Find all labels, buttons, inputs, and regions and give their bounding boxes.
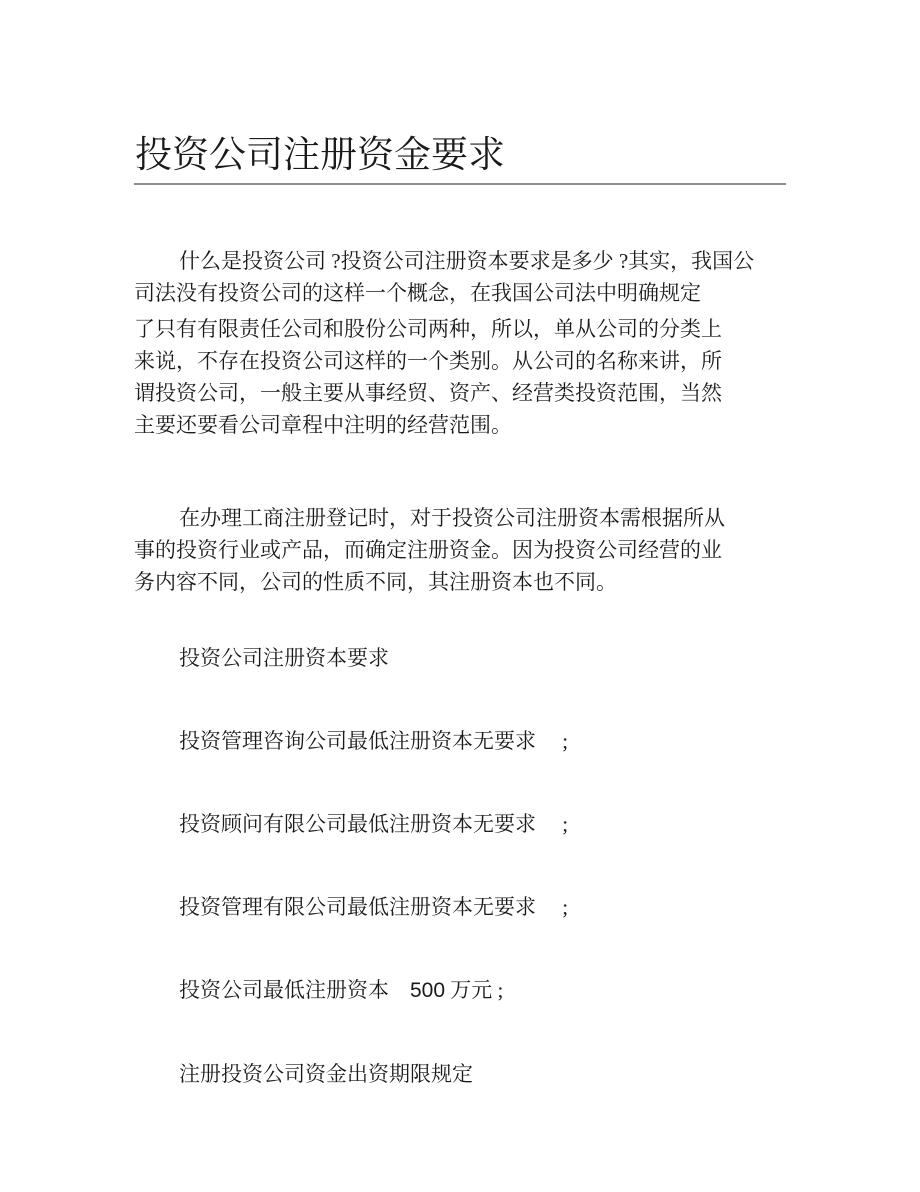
- document-page: 投资公司注册资金要求 什么是投资公司 ?投资公司注册资本要求是多少 ?其实，我国…: [0, 0, 920, 1192]
- paragraph-company-types: 了只有有限责任公司和股份公司两种，所以，单从公司的分类上 来说，不存在投资公司这…: [134, 313, 786, 441]
- minimum-capital-suffix: 万元 ;: [445, 978, 503, 1002]
- list-item-management-company: 投资管理有限公司最低注册资本无要求 ;: [134, 891, 786, 923]
- paragraph-intro: 什么是投资公司 ?投资公司注册资本要求是多少 ?其实，我国公 司法没有投资公司的…: [134, 245, 786, 309]
- list-item-advisor-company: 投资顾问有限公司最低注册资本无要求 ;: [134, 808, 786, 840]
- list-item-consulting-company: 投资管理咨询公司最低注册资本无要求 ;: [134, 725, 786, 757]
- page-title: 投资公司注册资金要求: [135, 134, 786, 178]
- list-item-minimum-capital: 投资公司最低注册资本 500 万元 ;: [134, 974, 786, 1007]
- document-content: 投资公司注册资金要求 什么是投资公司 ?投资公司注册资本要求是多少 ?其实，我国…: [134, 0, 786, 1090]
- paragraph-registration: 在办理工商注册登记时，对于投资公司注册资本需根据所从 事的投资行业或产品，而确定…: [134, 502, 786, 598]
- minimum-capital-prefix: 投资公司最低注册资本: [179, 978, 410, 1002]
- section-heading-capital-requirements: 投资公司注册资本要求: [134, 642, 786, 674]
- section-heading-deadline: 注册投资公司资金出资期限规定: [134, 1058, 786, 1090]
- minimum-capital-amount: 500: [410, 979, 445, 1002]
- title-divider: [134, 183, 786, 185]
